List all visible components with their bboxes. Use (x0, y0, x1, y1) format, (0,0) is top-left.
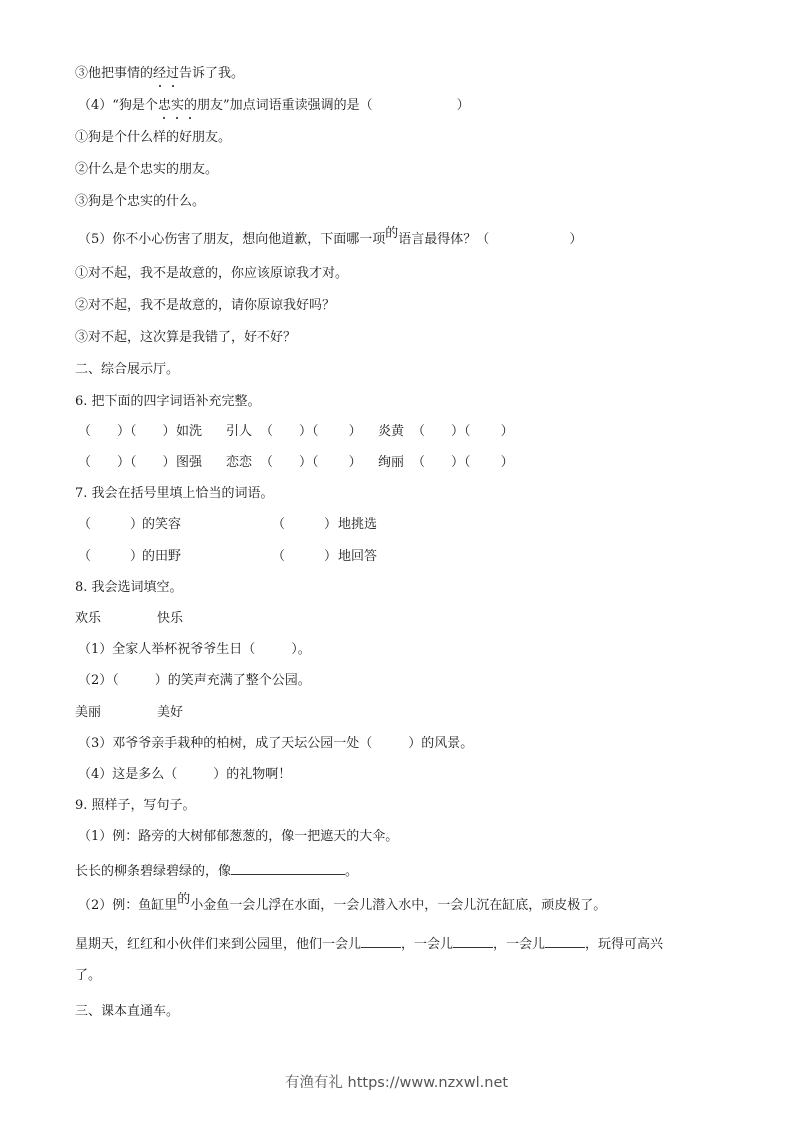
superscript-char: 的 (385, 226, 398, 241)
text: ） (569, 232, 582, 247)
q8-item-1: （1）全家人举杯祝爷爷生日（）。 (78, 642, 311, 658)
word-choice: 美丽 (75, 705, 101, 721)
answer-underline[interactable] (545, 934, 585, 948)
text: ）的笑声充满了整个公园。 (155, 673, 311, 688)
section-3-title: 三、课本直通车。 (75, 1004, 179, 1020)
q8-title: 8. 我会选词填空。 (75, 580, 183, 596)
text: 告诉了我。 (179, 66, 244, 81)
answer-underline[interactable] (453, 934, 493, 948)
idiom-word: 引人 (226, 424, 252, 440)
word-choice: 欢乐 (75, 611, 101, 627)
word-choice: 美好 (157, 705, 183, 721)
text: 加点词语重读强调的是（ (230, 98, 373, 113)
q5-prompt: （5）你不小心伤害了朋友，想向他道歉，下面哪一项的语言最得体？（） (78, 232, 582, 248)
q9-example-2: （2）例：鱼缸里的小金鱼一会儿浮在水面，一会儿潜入水中，一会儿沉在缸底，顽皮极了… (78, 898, 606, 914)
text: ）的风景。 (408, 736, 473, 751)
section-2-title: 二、综合展示厅。 (75, 362, 179, 378)
text: 语言最得体？（ (398, 232, 489, 247)
paren-blank[interactable]: （ ）（ ） (260, 424, 362, 440)
paren-blank[interactable]: （ ） (272, 549, 337, 565)
q9-answer-2-wrap: 了。 (75, 968, 101, 984)
dotted-char: 实 (171, 98, 184, 114)
text: 朋友” (197, 98, 230, 113)
text: 长长的柳条碧绿碧绿的，像 (75, 864, 231, 879)
q6-title: 6. 把下面的四字词语补充完整。 (75, 394, 261, 410)
idiom-word: 恋恋 (226, 455, 252, 471)
q4-option-3: ③狗是个忠实的什么。 (75, 194, 205, 210)
text: （2）（ (78, 673, 119, 688)
word-choice: 快乐 (157, 611, 183, 627)
text: （3）邓爷爷亲手栽种的柏树，成了天坛公园一处（ (78, 736, 372, 751)
q9-example-1: （1）例：路旁的大树郁郁葱葱的，像一把遮天的大伞。 (78, 829, 398, 845)
text: ，一会儿 (493, 937, 545, 952)
dotted-char: 经 (153, 66, 166, 82)
text: ） (457, 98, 470, 113)
superscript-char: 的 (177, 892, 190, 907)
paren-blank[interactable]: （ ） (272, 517, 337, 533)
q8-item-3: （3）邓爷爷亲手栽种的柏树，成了天坛公园一处（）的风景。 (78, 736, 473, 752)
dotted-char: 忠 (158, 98, 171, 114)
text: ，一会儿 (401, 937, 453, 952)
q4-prompt: （4）“狗是个忠实的朋友”加点词语重读强调的是（） (78, 98, 470, 114)
phrase: 的田野 (142, 549, 181, 565)
q9-title: 9. 照样子，写句子。 (75, 798, 196, 814)
idiom-word: 图强 (176, 455, 202, 471)
idiom-word: 如洗 (176, 424, 202, 440)
text: （2）例：鱼缸里 (78, 898, 177, 913)
phrase: 的笑容 (142, 517, 181, 533)
q4-label: （4） (78, 98, 112, 113)
text: ③他把事情的 (75, 66, 153, 81)
idiom-word: 绚丽 (378, 455, 404, 471)
text: ，玩得可高兴 (585, 937, 663, 952)
q5-option-2: ②对不起，我不是故意的，请你原谅我好吗？ (75, 298, 335, 314)
answer-underline[interactable] (231, 861, 345, 875)
answer-underline[interactable] (361, 934, 401, 948)
q4-option-1: ①狗是个什么样的好朋友。 (75, 130, 231, 146)
q7-title: 7. 我会在括号里填上恰当的词语。 (75, 486, 274, 502)
dotted-char: 过 (166, 66, 179, 82)
text: （1）全家人举杯祝爷爷生日（ (78, 642, 255, 657)
q4-option-2: ②什么是个忠实的朋友。 (75, 162, 218, 178)
q8-item-4: （4）这是多么（）的礼物啊！ (78, 767, 291, 783)
q5-option-1: ①对不起，我不是故意的，你应该原谅我才对。 (75, 266, 348, 282)
q3-option-3: ③他把事情的经过告诉了我。 (75, 66, 244, 82)
paren-blank[interactable]: （ ）（ ） (260, 455, 362, 471)
q8-item-2: （2）（）的笑声充满了整个公园。 (78, 673, 311, 689)
text: （5）你不小心伤害了朋友，想向他道歉，下面哪一项 (78, 232, 385, 247)
paren-blank[interactable]: （ ）（ ） (78, 424, 176, 440)
text: ）的礼物啊！ (213, 767, 291, 782)
dotted-char: 的 (184, 98, 197, 114)
idiom-word: 炎黄 (378, 424, 404, 440)
text: 小金鱼一会儿浮在水面，一会儿潜入水中，一会儿沉在缸底，顽皮极了。 (190, 898, 606, 913)
phrase: 地回答 (338, 549, 377, 565)
paren-blank[interactable]: （ ） (78, 517, 143, 533)
text: “狗是个 (112, 98, 158, 113)
footer-watermark: 有渔有礼 https://www.nzxwl.net (0, 1071, 793, 1092)
phrase: 地挑选 (338, 517, 377, 533)
paren-blank[interactable]: （ ） (78, 549, 143, 565)
text: （4）这是多么（ (78, 767, 177, 782)
q5-option-3: ③对不起，这次算是我错了，好不好？ (75, 330, 296, 346)
paren-blank[interactable]: （ ）（ ） (412, 455, 514, 471)
text: ）。 (291, 642, 311, 657)
paren-blank[interactable]: （ ）（ ） (412, 424, 514, 440)
paren-blank[interactable]: （ ）（ ） (78, 455, 176, 471)
q9-answer-2: 星期天，红红和小伙伴们来到公园里，他们一会儿，一会儿，一会儿，玩得可高兴 (75, 934, 663, 950)
text: 星期天，红红和小伙伴们来到公园里，他们一会儿 (75, 937, 361, 952)
text: 。 (345, 864, 358, 879)
q9-answer-1: 长长的柳条碧绿碧绿的，像。 (75, 861, 358, 877)
